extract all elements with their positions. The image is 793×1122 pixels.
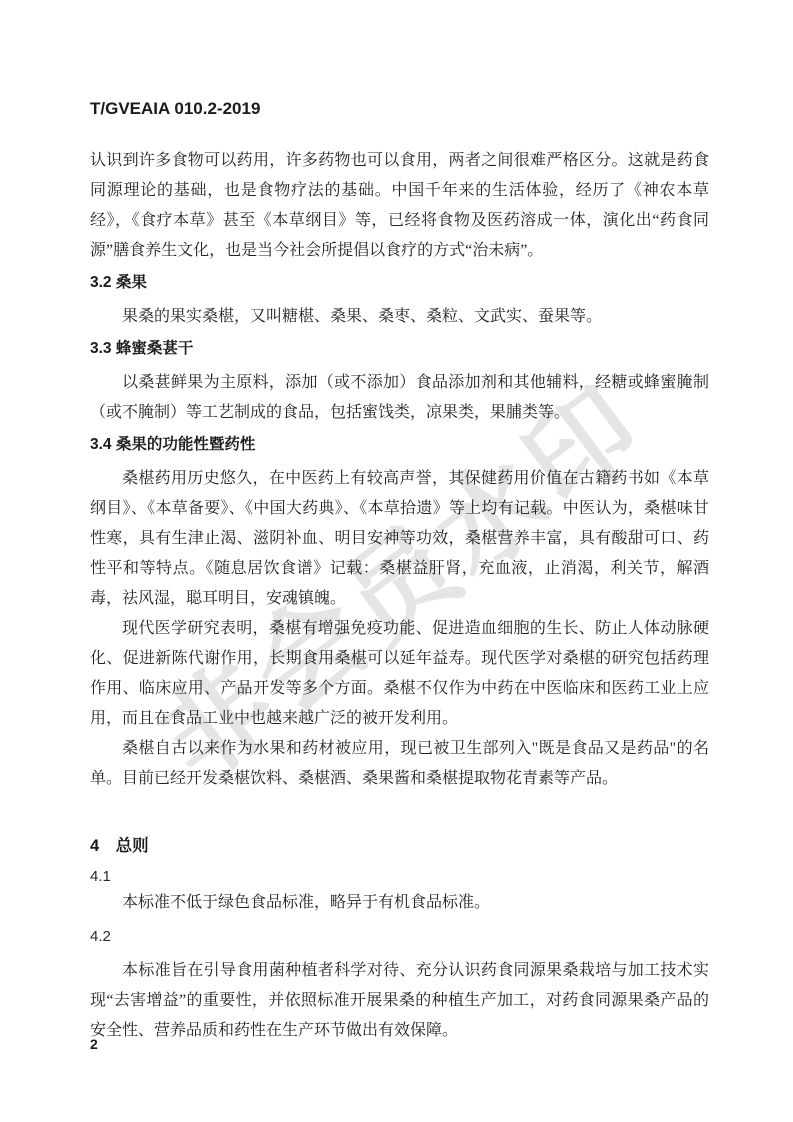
- paragraph-4-2: 本标准旨在引导食用菌种植者科学对待、充分认识药食同源果桑栽培与加工技术实现“去害…: [90, 956, 709, 1046]
- standard-code-header: T/GVEAIA 010.2-2019: [90, 0, 709, 120]
- paragraph-3-2: 果桑的果实桑椹，又叫糖椹、桑果、桑枣、桑粒、文武实、蚕果等。: [90, 302, 709, 332]
- page-number: 2: [90, 1036, 98, 1052]
- paragraph-4-1: 本标准不低于绿色食品标准，略异于有机食品标准。: [90, 888, 709, 918]
- heading-3-3: 3.3 蜂蜜桑葚干: [90, 338, 709, 360]
- heading-3-2: 3.2 桑果: [90, 272, 709, 294]
- paragraph-3-3: 以桑葚鲜果为主原料，添加（或不添加）食品添加剂和其他辅料，经糖或蜂蜜腌制（或不腌…: [90, 368, 709, 428]
- heading-4-1: 4.1: [90, 866, 709, 888]
- document-page: 非会员水印 T/GVEAIA 010.2-2019 认识到许多食物可以药用，许多…: [0, 0, 793, 1122]
- heading-4: 4 总则: [90, 834, 709, 858]
- paragraph-3-4-2: 现代医学研究表明，桑椹有增强免疫功能、促进造血细胞的生长、防止人体动脉硬化、促进…: [90, 614, 709, 734]
- paragraph-3-4-3: 桑椹自古以来作为水果和药材被应用，现已被卫生部列入"既是食品又是药品"的名单。目…: [90, 734, 709, 794]
- paragraph-3-4-1: 桑椹药用历史悠久，在中医药上有较高声誉，其保健药用价值在古籍药书如《本草纲目》、…: [90, 464, 709, 614]
- intro-paragraph: 认识到许多食物可以药用，许多药物也可以食用，两者之间很难严格区分。这就是药食同源…: [90, 146, 709, 266]
- heading-4-2: 4.2: [90, 926, 709, 948]
- page-content: T/GVEAIA 010.2-2019 认识到许多食物可以药用，许多药物也可以食…: [0, 0, 793, 1046]
- heading-3-4: 3.4 桑果的功能性暨药性: [90, 434, 709, 456]
